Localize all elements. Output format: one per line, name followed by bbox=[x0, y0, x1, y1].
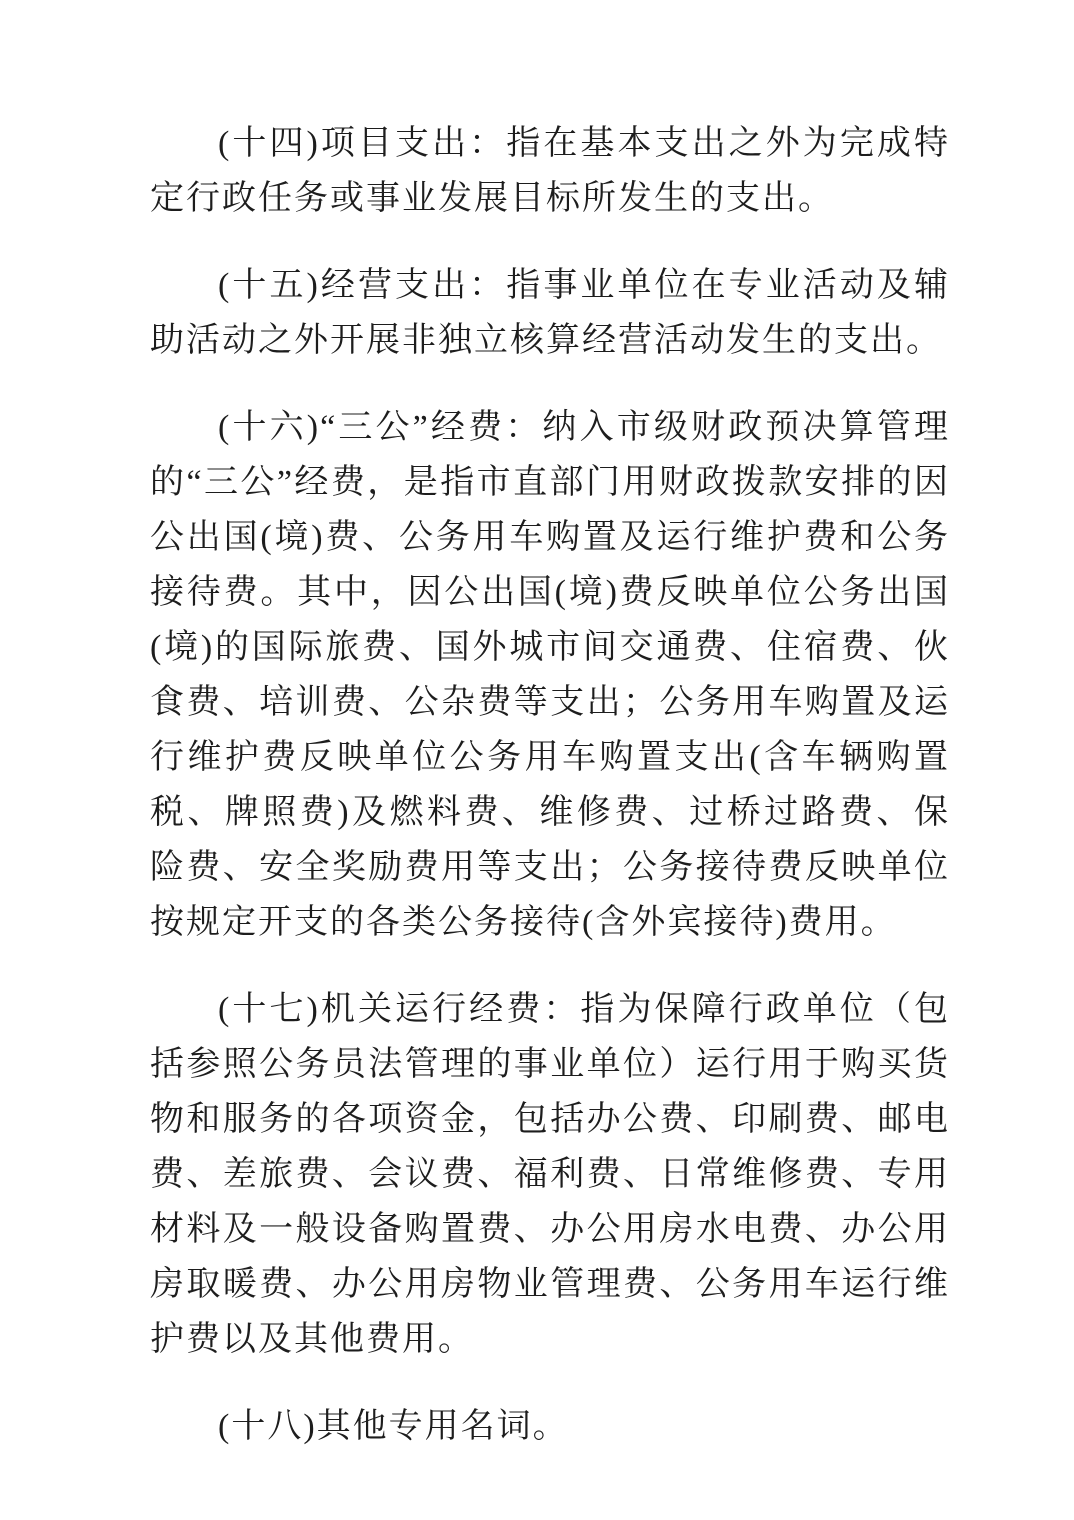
document-text-block: (十四)项目支出：指在基本支出之外为完成特定行政任务或事业发展目标所发生的支出。… bbox=[150, 116, 950, 1454]
paragraph-item-18: (十八)其他专用名词。 bbox=[150, 1399, 950, 1454]
paragraph-item-15: (十五)经营支出：指事业单位在专业活动及辅助活动之外开展非独立核算经营活动发生的… bbox=[150, 258, 950, 368]
paragraph-item-14: (十四)项目支出：指在基本支出之外为完成特定行政任务或事业发展目标所发生的支出。 bbox=[150, 116, 950, 226]
document-page: (十四)项目支出：指在基本支出之外为完成特定行政任务或事业发展目标所发生的支出。… bbox=[0, 0, 1074, 1520]
paragraph-item-17: (十七)机关运行经费：指为保障行政单位（包括参照公务员法管理的事业单位）运行用于… bbox=[150, 982, 950, 1367]
paragraph-item-16: (十六)“三公”经费：纳入市级财政预决算管理的“三公”经费，是指市直部门用财政拨… bbox=[150, 400, 950, 950]
